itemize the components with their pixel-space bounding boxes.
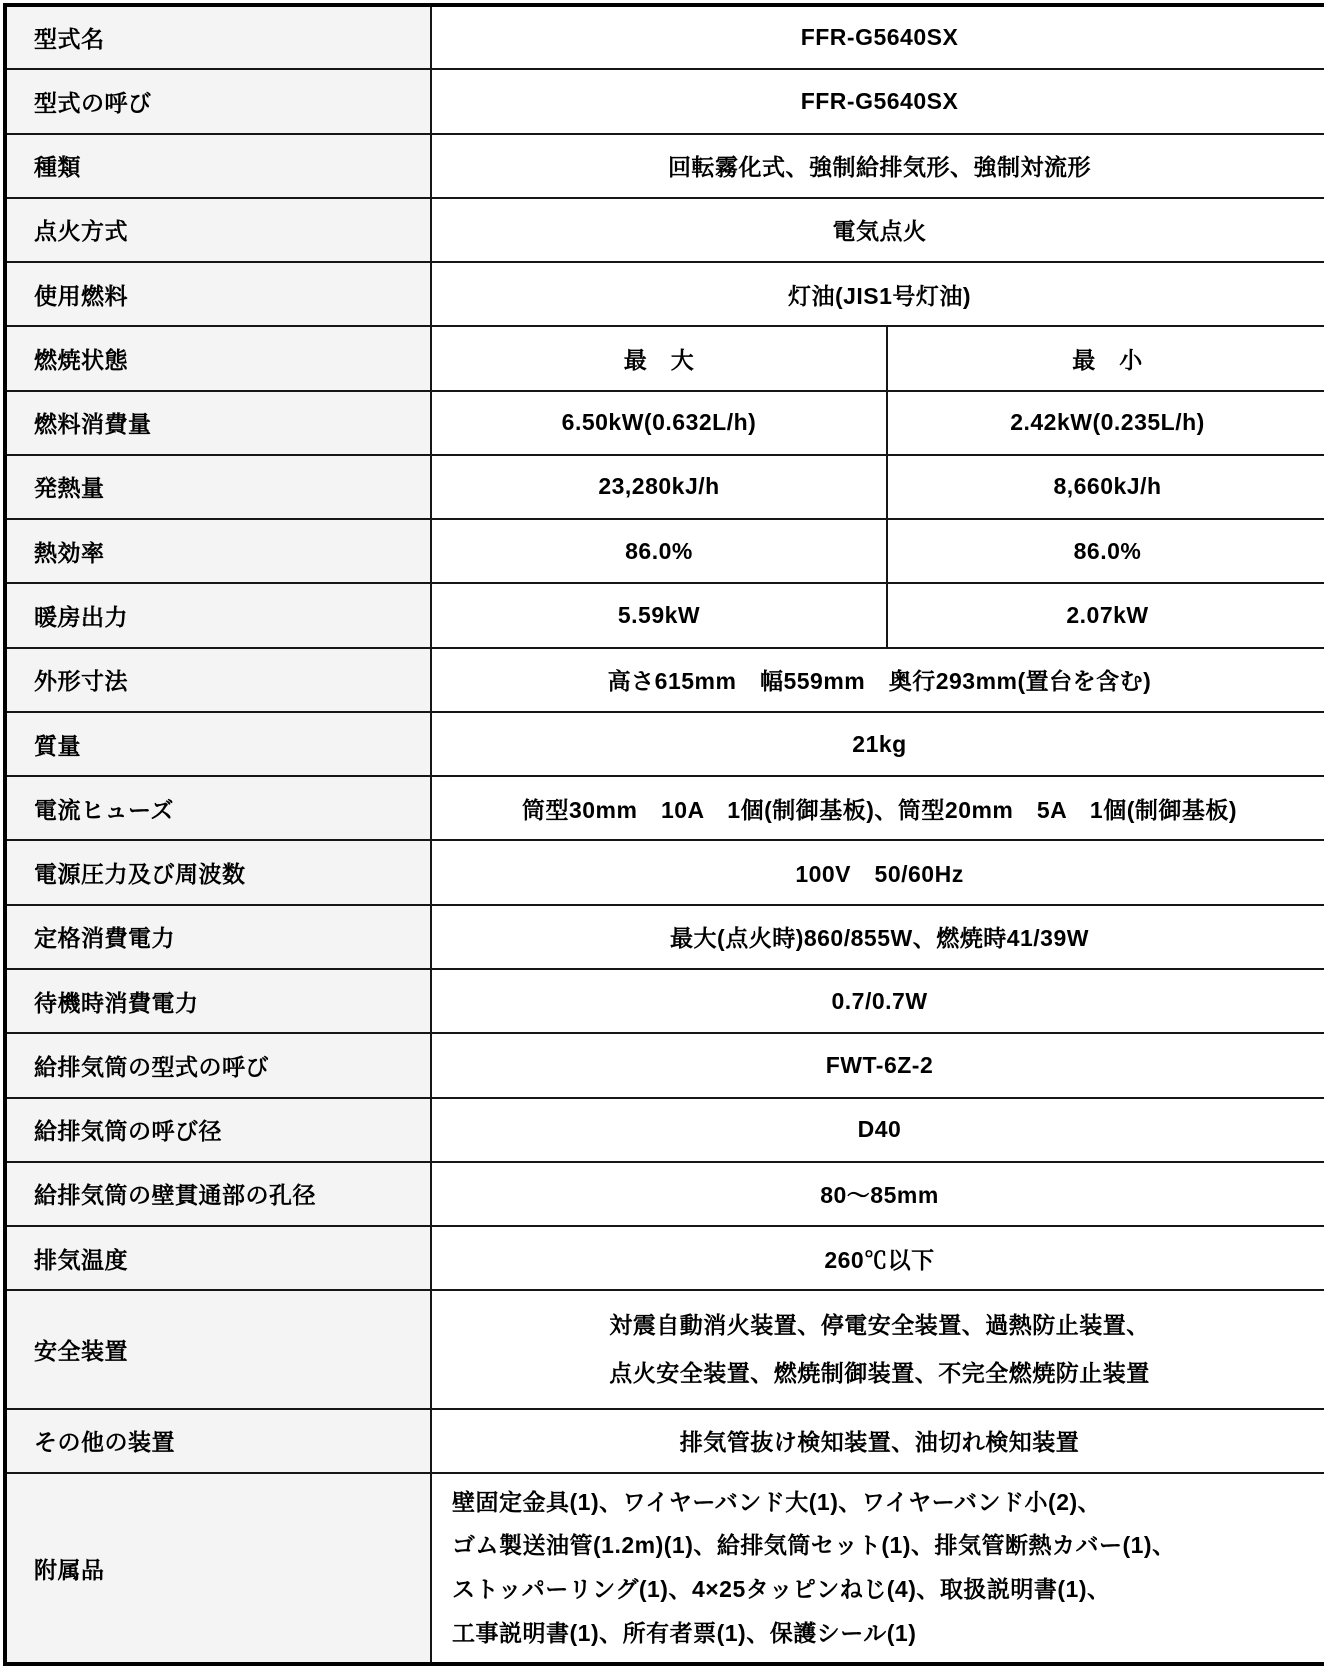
spec-value: 最大(点火時)860/855W、燃焼時41/39W <box>431 905 1324 969</box>
spec-row-exhaust-temp: 排気温度 260℃以下 <box>5 1226 1324 1290</box>
spec-row-power-supply: 電源圧力及び周波数 100V 50/60Hz <box>5 840 1324 904</box>
spec-value: 260℃以下 <box>431 1226 1324 1290</box>
spec-row-flue-diameter: 給排気筒の呼び径 D40 <box>5 1098 1324 1162</box>
spec-value: 電気点火 <box>431 198 1324 262</box>
spec-row-model-name: 型式名 FFR-G5640SX <box>5 5 1324 69</box>
spec-label: 質量 <box>5 712 431 776</box>
spec-label: 熱効率 <box>5 519 431 583</box>
spec-value: 灯油(JIS1号灯油) <box>431 262 1324 326</box>
spec-row-standby-power: 待機時消費電力 0.7/0.7W <box>5 969 1324 1033</box>
spec-row-dimensions: 外形寸法 高さ615mm 幅559mm 奥行293mm(置台を含む) <box>5 648 1324 712</box>
spec-row-combustion-state: 燃焼状態 最 大 最 小 <box>5 326 1324 390</box>
spec-label: 安全装置 <box>5 1290 431 1409</box>
spec-row-rated-power: 定格消費電力 最大(点火時)860/855W、燃焼時41/39W <box>5 905 1324 969</box>
spec-label: 外形寸法 <box>5 648 431 712</box>
spec-value-max: 6.50kW(0.632L/h) <box>431 391 887 455</box>
spec-label: 定格消費電力 <box>5 905 431 969</box>
spec-row-wall-hole-diameter: 給排気筒の壁貫通部の孔径 80〜85mm <box>5 1162 1324 1226</box>
spec-value-line: 壁固定金具(1)、ワイヤーバンド大(1)、ワイヤーバンド小(2)、 <box>452 1481 1317 1525</box>
spec-label: 点火方式 <box>5 198 431 262</box>
spec-value-line: ゴム製送油管(1.2m)(1)、給排気筒セット(1)、排気管断熱カバー(1)、 <box>452 1524 1317 1568</box>
spec-row-other-devices: その他の装置 排気管抜け検知装置、油切れ検知装置 <box>5 1409 1324 1473</box>
spec-value-min: 最 小 <box>887 326 1324 390</box>
spec-value-line: 対震自動消火装置、停電安全装置、過熱防止装置、 <box>440 1302 1319 1349</box>
spec-value-max: 23,280kJ/h <box>431 455 887 519</box>
spec-value: 21kg <box>431 712 1324 776</box>
spec-value-min: 2.07kW <box>887 583 1324 647</box>
spec-value: 対震自動消火装置、停電安全装置、過熱防止装置、 点火安全装置、燃焼制御装置、不完… <box>431 1290 1324 1409</box>
spec-row-heating-output: 暖房出力 5.59kW 2.07kW <box>5 583 1324 647</box>
spec-value-max: 最 大 <box>431 326 887 390</box>
spec-label: 発熱量 <box>5 455 431 519</box>
spec-label: 燃焼状態 <box>5 326 431 390</box>
spec-label: 電流ヒューズ <box>5 776 431 840</box>
spec-label: 種類 <box>5 134 431 198</box>
spec-value: 100V 50/60Hz <box>431 840 1324 904</box>
spec-row-safety-devices: 安全装置 対震自動消火装置、停電安全装置、過熱防止装置、 点火安全装置、燃焼制御… <box>5 1290 1324 1409</box>
spec-sheet: 型式名 FFR-G5640SX 型式の呼び FFR-G5640SX 種類 回転霧… <box>0 0 1324 1669</box>
spec-value: 回転霧化式、強制給排気形、強制対流形 <box>431 134 1324 198</box>
spec-table: 型式名 FFR-G5640SX 型式の呼び FFR-G5640SX 種類 回転霧… <box>3 3 1324 1666</box>
spec-row-model-designation: 型式の呼び FFR-G5640SX <box>5 69 1324 133</box>
spec-row-fuel: 使用燃料 灯油(JIS1号灯油) <box>5 262 1324 326</box>
spec-value-line: 点火安全装置、燃焼制御装置、不完全燃焼防止装置 <box>440 1350 1319 1397</box>
spec-value-max: 5.59kW <box>431 583 887 647</box>
spec-row-weight: 質量 21kg <box>5 712 1324 776</box>
spec-label: 待機時消費電力 <box>5 969 431 1033</box>
spec-label: 暖房出力 <box>5 583 431 647</box>
spec-value: 高さ615mm 幅559mm 奥行293mm(置台を含む) <box>431 648 1324 712</box>
spec-value-line: ストッパーリング(1)、4×25タッピンねじ(4)、取扱説明書(1)、 <box>452 1568 1317 1612</box>
spec-label: 排気温度 <box>5 1226 431 1290</box>
spec-row-type: 種類 回転霧化式、強制給排気形、強制対流形 <box>5 134 1324 198</box>
spec-value: FWT-6Z-2 <box>431 1033 1324 1097</box>
spec-label: 電源圧力及び周波数 <box>5 840 431 904</box>
spec-row-fuse: 電流ヒューズ 筒型30mm 10A 1個(制御基板)、筒型20mm 5A 1個(… <box>5 776 1324 840</box>
spec-row-heat-output: 発熱量 23,280kJ/h 8,660kJ/h <box>5 455 1324 519</box>
spec-label: 使用燃料 <box>5 262 431 326</box>
spec-value-min: 8,660kJ/h <box>887 455 1324 519</box>
spec-label: 給排気筒の型式の呼び <box>5 1033 431 1097</box>
spec-value-line: 工事説明書(1)、所有者票(1)、保護シール(1) <box>452 1612 1317 1656</box>
spec-row-flue-model: 給排気筒の型式の呼び FWT-6Z-2 <box>5 1033 1324 1097</box>
spec-label: 給排気筒の呼び径 <box>5 1098 431 1162</box>
spec-label: 型式の呼び <box>5 69 431 133</box>
spec-row-ignition: 点火方式 電気点火 <box>5 198 1324 262</box>
spec-value: D40 <box>431 1098 1324 1162</box>
spec-value: 0.7/0.7W <box>431 969 1324 1033</box>
spec-label: その他の装置 <box>5 1409 431 1473</box>
spec-row-fuel-consumption: 燃料消費量 6.50kW(0.632L/h) 2.42kW(0.235L/h) <box>5 391 1324 455</box>
spec-row-thermal-efficiency: 熱効率 86.0% 86.0% <box>5 519 1324 583</box>
spec-value: FFR-G5640SX <box>431 69 1324 133</box>
spec-value: 80〜85mm <box>431 1162 1324 1226</box>
spec-value-min: 86.0% <box>887 519 1324 583</box>
spec-label: 型式名 <box>5 5 431 69</box>
spec-value: 排気管抜け検知装置、油切れ検知装置 <box>431 1409 1324 1473</box>
spec-label: 附属品 <box>5 1473 431 1664</box>
spec-label: 給排気筒の壁貫通部の孔径 <box>5 1162 431 1226</box>
spec-value: 壁固定金具(1)、ワイヤーバンド大(1)、ワイヤーバンド小(2)、 ゴム製送油管… <box>431 1473 1324 1664</box>
spec-value: 筒型30mm 10A 1個(制御基板)、筒型20mm 5A 1個(制御基板) <box>431 776 1324 840</box>
spec-row-accessories: 附属品 壁固定金具(1)、ワイヤーバンド大(1)、ワイヤーバンド小(2)、 ゴム… <box>5 1473 1324 1664</box>
spec-value: FFR-G5640SX <box>431 5 1324 69</box>
spec-value-min: 2.42kW(0.235L/h) <box>887 391 1324 455</box>
spec-label: 燃料消費量 <box>5 391 431 455</box>
spec-value-max: 86.0% <box>431 519 887 583</box>
